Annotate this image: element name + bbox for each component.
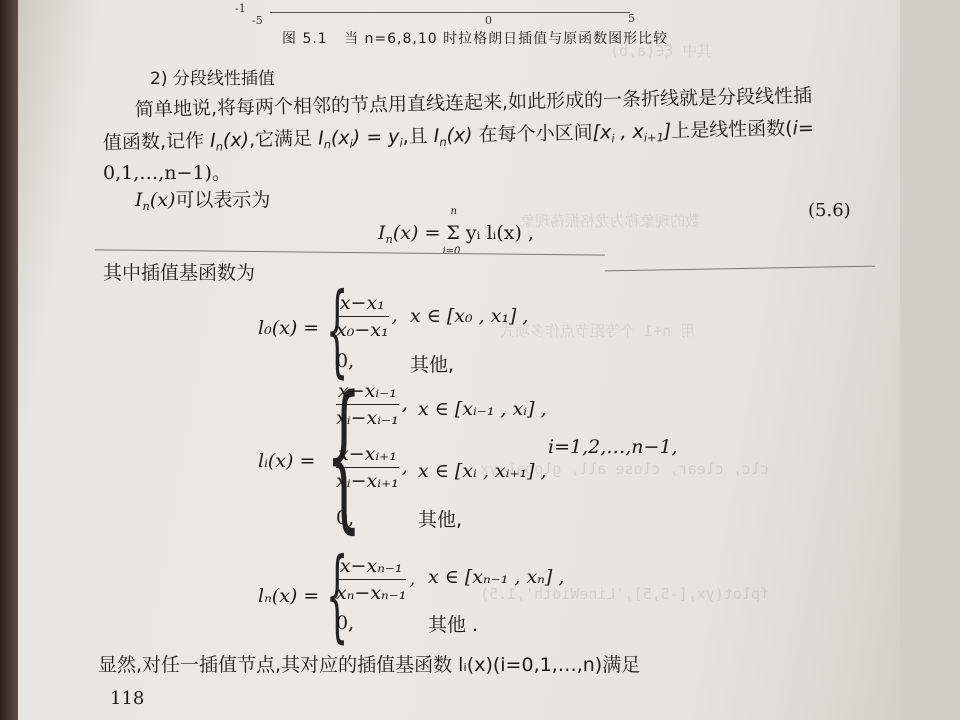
- denominator: xᵢ−xᵢ₊₁: [336, 468, 399, 492]
- l0-lhs: l₀(x) =: [258, 317, 319, 339]
- l0-domain: x ∈ [x₀ , x₁] ,: [410, 305, 529, 327]
- figure-x-tick: 0: [485, 14, 492, 27]
- li-lhs: lᵢ(x) =: [258, 450, 315, 472]
- l0-other: 其他,: [410, 350, 454, 377]
- page-edge: [900, 0, 960, 720]
- text: 可以表示为: [175, 189, 270, 211]
- li-index-range: i=1,2,…,n−1,: [548, 436, 678, 458]
- figure-y-tick: -1: [235, 2, 246, 15]
- ln-lhs: lₙ(x) =: [258, 585, 319, 607]
- figure-x-axis: [270, 12, 630, 13]
- text: 在每个小区间: [472, 122, 592, 147]
- paragraph-line: In(x)可以表示为: [135, 185, 270, 213]
- li-other: 其他,: [418, 505, 462, 532]
- section-heading: 2) 分段线性插值: [150, 64, 275, 89]
- sum-upper-limit: n: [450, 206, 456, 217]
- paragraph-line: 显然,对任一插值节点,其对应的插值基函数 lᵢ(x)(i=0,1,…,n)满足: [98, 650, 640, 677]
- text: ,它满足: [249, 127, 319, 150]
- denominator: xₙ−xₙ₋₁: [336, 580, 406, 604]
- numerator: x−xᵢ₊₁: [336, 443, 399, 468]
- figure-x-tick: -5: [252, 14, 263, 27]
- numerator: x−xᵢ₋₁: [336, 380, 399, 405]
- text: ,且: [402, 125, 434, 148]
- figure-x-tick: 5: [628, 12, 635, 25]
- numerator: x−x₁: [336, 292, 389, 317]
- li-fraction-2: x−xᵢ₊₁xᵢ−xᵢ₊₁,: [333, 443, 408, 492]
- text: 上是线性函数(: [671, 118, 793, 143]
- li-zero: 0,: [336, 507, 354, 529]
- denominator: x₀−x₁: [336, 317, 389, 341]
- equation-number: (5.6): [808, 200, 851, 221]
- numerator: x−xₙ₋₁: [336, 555, 406, 580]
- bleed-through-text: 数的现象称为龙格振荡现象: [520, 210, 700, 231]
- sum-expression: = Σ yᵢ lᵢ(x) ,: [424, 222, 534, 244]
- denominator: xᵢ−xᵢ₋₁: [336, 405, 399, 429]
- paragraph-line: 0,1,…,n−1)。: [103, 158, 231, 185]
- li-domain-2: x ∈ [xᵢ , xᵢ₊₁] ,: [418, 460, 547, 482]
- ln-other: 其他 .: [428, 610, 478, 637]
- ln-fraction: x−xₙ₋₁xₙ−xₙ₋₁,: [333, 555, 415, 604]
- ln-domain: x ∈ [xₙ₋₁ , xₙ] ,: [428, 566, 564, 588]
- li-fraction-1: x−xᵢ₋₁xᵢ−xᵢ₋₁,: [333, 380, 408, 429]
- bleed-through-text: 用 n+1 个等距节点作多项式: [500, 320, 695, 341]
- figure-caption-text: 当 n=6,8,10 时拉格朗日插值与原函数图形比较: [344, 31, 668, 47]
- equation-5-6: In(x) n i=0 = Σ yᵢ lᵢ(x) ,: [378, 222, 534, 246]
- page-number: 118: [110, 688, 144, 709]
- sum-lower-limit: i=0: [442, 246, 460, 257]
- l0-fraction: x−x₁x₀−x₁,: [333, 292, 398, 341]
- li-domain-1: x ∈ [xᵢ₋₁ , xᵢ] ,: [418, 398, 547, 420]
- paragraph-line: 其中插值基函数为: [103, 258, 255, 285]
- ln-zero: 0,: [336, 612, 354, 634]
- figure-label: 图 5.1: [282, 31, 328, 47]
- figure-caption: 图 5.1 当 n=6,8,10 时拉格朗日插值与原函数图形比较: [282, 28, 668, 48]
- text: 值函数,记作: [103, 130, 211, 154]
